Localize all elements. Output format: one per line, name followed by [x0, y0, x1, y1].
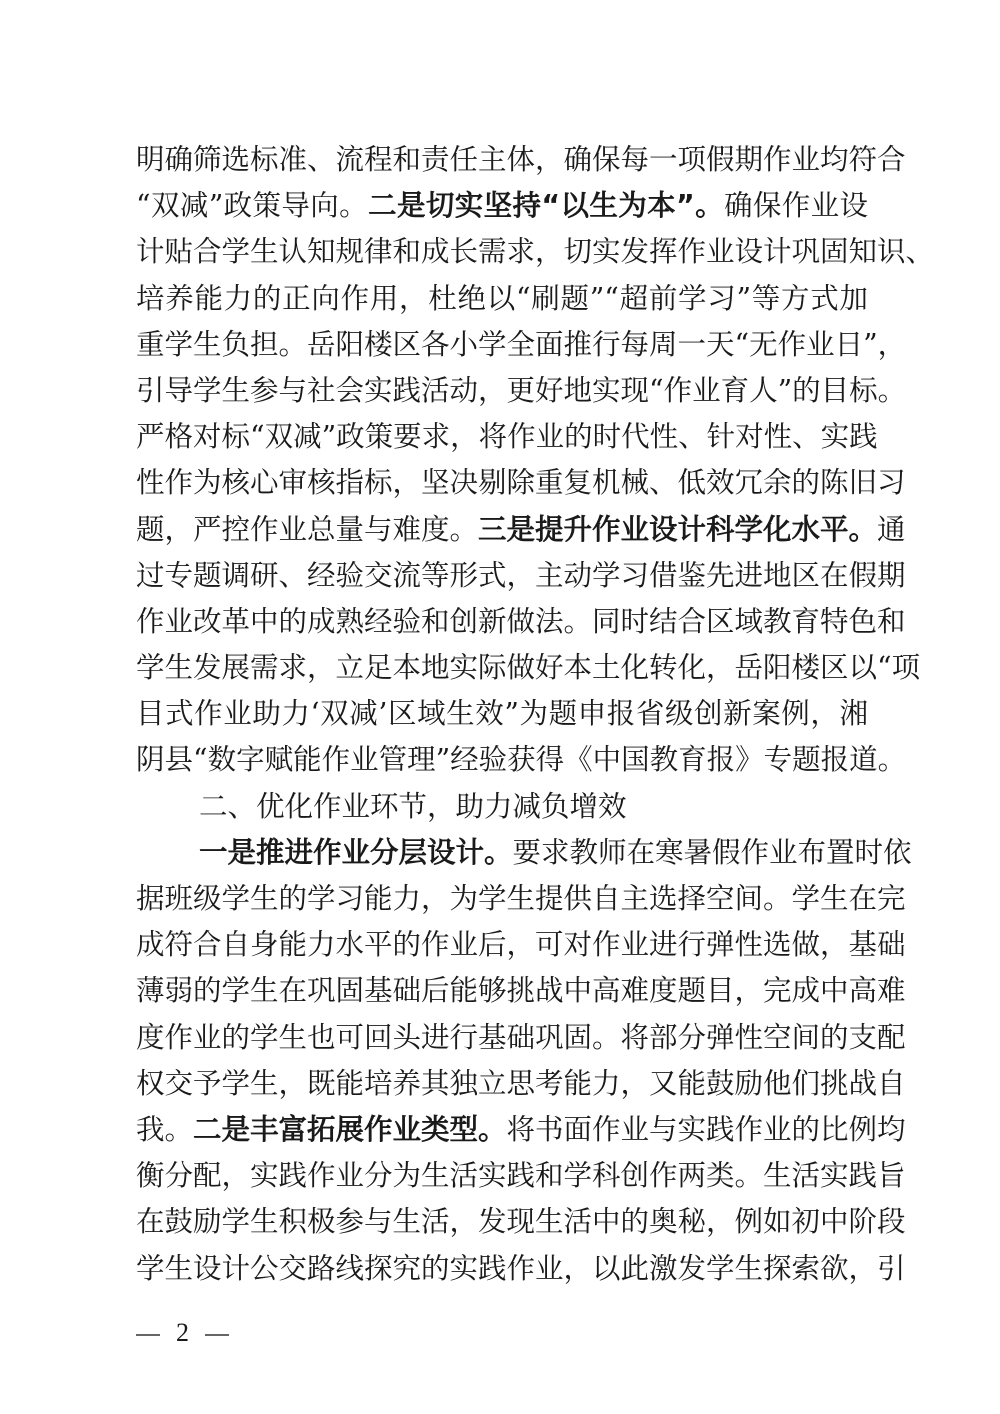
text-run: 衡分配，实践作业分为生活实践和学科创作两类。生活实践旨 [136, 1159, 906, 1192]
text-run: 通 [877, 513, 906, 546]
text-run: 薄弱的学生在巩固基础后能够挑战中高难度题目，完成中高难 [136, 974, 906, 1007]
text-line: 过专题调研、经验交流等形式，主动学习借鉴先进地区在假期 [136, 553, 868, 599]
text-line: 成符合自身能力水平的作业后，可对作业进行弹性选做，基础 [136, 922, 868, 968]
text-run: “双减”政策导向。 [136, 189, 368, 222]
text-run: 在鼓励学生积极参与生活，发现生活中的奥秘，例如初中阶段 [136, 1205, 906, 1238]
text-line: 严格对标“双减”政策要求，将作业的时代性、针对性、实践 [136, 414, 868, 460]
bold-lead-phrase: 二是丰富拓展作业类型。 [193, 1113, 507, 1146]
text-line: “双减”政策导向。二是切实坚持“以生为本”。确保作业设 [136, 183, 868, 229]
text-line: 培养能力的正向作用，杜绝以“刷题”“超前学习”等方式加 [136, 276, 868, 322]
text-run: 要求教师在寒暑假作业布置时依 [513, 836, 912, 869]
bold-lead-phrase: 二是切实坚持“以生为本”。 [368, 189, 724, 222]
bold-lead-phrase: 三是提升作业设计科学化水平。 [478, 513, 877, 546]
text-run: 学生发展需求，立足本地实际做好本土化转化，岳阳楼区以“项 [136, 651, 920, 684]
text-line: 衡分配，实践作业分为生活实践和学科创作两类。生活实践旨 [136, 1153, 868, 1199]
text-line: 一是推进作业分层设计。要求教师在寒暑假作业布置时依 [136, 830, 868, 876]
text-line: 我。二是丰富拓展作业类型。将书面作业与实践作业的比例均 [136, 1107, 868, 1153]
paragraph-block-2: 一是推进作业分层设计。要求教师在寒暑假作业布置时依据班级学生的学习能力，为学生提… [136, 830, 868, 1292]
text-run: 学生设计公交路线探究的实践作业，以此激发学生探索欲，引 [136, 1252, 906, 1285]
text-run: 引导学生参与社会实践活动，更好地实现“作业育人”的目标。 [136, 374, 906, 407]
footer-dash-right [205, 1334, 229, 1336]
text-run: 培养能力的正向作用，杜绝以“刷题”“超前学习”等方式加 [136, 282, 868, 315]
text-line: 学生发展需求，立足本地实际做好本土化转化，岳阳楼区以“项 [136, 645, 868, 691]
text-line: 明确筛选标准、流程和责任主体，确保每一项假期作业均符合 [136, 137, 868, 183]
text-line: 权交予学生，既能培养其独立思考能力，又能鼓励他们挑战自 [136, 1061, 868, 1107]
text-line: 重学生负担。岳阳楼区各小学全面推行每周一天“无作业日”， [136, 322, 868, 368]
text-run: 计贴合学生认知规律和成长需求，切实发挥作业设计巩固知识、 [136, 235, 934, 268]
text-run: 我。 [136, 1113, 193, 1146]
text-run: 过专题调研、经验交流等形式，主动学习借鉴先进地区在假期 [136, 559, 906, 592]
text-run: 重学生负担。岳阳楼区各小学全面推行每周一天“无作业日”， [136, 328, 906, 361]
text-line: 计贴合学生认知规律和成长需求，切实发挥作业设计巩固知识、 [136, 229, 868, 275]
text-line: 据班级学生的学习能力，为学生提供自主选择空间。学生在完 [136, 876, 868, 922]
text-run: 将书面作业与实践作业的比例均 [507, 1113, 906, 1146]
footer-dash-left [136, 1334, 160, 1336]
text-run: 阴县“数字赋能作业管理”经验获得《中国教育报》专题报道。 [136, 743, 906, 776]
text-line: 薄弱的学生在巩固基础后能够挑战中高难度题目，完成中高难 [136, 968, 868, 1014]
text-run: 作业改革中的成熟经验和创新做法。同时结合区域教育特色和 [136, 605, 906, 638]
text-run: 严格对标“双减”政策要求，将作业的时代性、针对性、实践 [136, 420, 878, 453]
text-line: 学生设计公交路线探究的实践作业，以此激发学生探索欲，引 [136, 1246, 868, 1292]
text-run: 目式作业助力‘双减’区域生效”为题申报省级创新案例，湘 [136, 697, 868, 730]
document-body: 明确筛选标准、流程和责任主体，确保每一项假期作业均符合“双减”政策导向。二是切实… [136, 137, 868, 1292]
text-line: 在鼓励学生积极参与生活，发现生活中的奥秘，例如初中阶段 [136, 1199, 868, 1245]
text-run: 度作业的学生也可回头进行基础巩固。将部分弹性空间的支配 [136, 1021, 906, 1054]
text-run: 题，严控作业总量与难度。 [136, 513, 478, 546]
section-heading: 二、优化作业环节，助力减负增效 [136, 784, 868, 830]
page-footer: 2 [136, 1318, 245, 1348]
text-run: 明确筛选标准、流程和责任主体，确保每一项假期作业均符合 [136, 143, 906, 176]
text-line: 作业改革中的成熟经验和创新做法。同时结合区域教育特色和 [136, 599, 868, 645]
paragraph-block-1: 明确筛选标准、流程和责任主体，确保每一项假期作业均符合“双减”政策导向。二是切实… [136, 137, 868, 784]
text-run: 性作为核心审核指标，坚决剔除重复机械、低效冗余的陈旧习 [136, 466, 906, 499]
text-run: 权交予学生，既能培养其独立思考能力，又能鼓励他们挑战自 [136, 1067, 906, 1100]
bold-lead-phrase: 一是推进作业分层设计。 [199, 836, 513, 869]
text-run: 成符合自身能力水平的作业后，可对作业进行弹性选做，基础 [136, 928, 906, 961]
text-line: 性作为核心审核指标，坚决剔除重复机械、低效冗余的陈旧习 [136, 460, 868, 506]
text-line: 引导学生参与社会实践活动，更好地实现“作业育人”的目标。 [136, 368, 868, 414]
text-run: 确保作业设 [724, 189, 868, 222]
text-line: 度作业的学生也可回头进行基础巩固。将部分弹性空间的支配 [136, 1015, 868, 1061]
text-line: 目式作业助力‘双减’区域生效”为题申报省级创新案例，湘 [136, 691, 868, 737]
text-line: 题，严控作业总量与难度。三是提升作业设计科学化水平。通 [136, 507, 868, 553]
text-run: 据班级学生的学习能力，为学生提供自主选择空间。学生在完 [136, 882, 906, 915]
text-line: 阴县“数字赋能作业管理”经验获得《中国教育报》专题报道。 [136, 737, 868, 783]
page-number: 2 [176, 1318, 189, 1347]
